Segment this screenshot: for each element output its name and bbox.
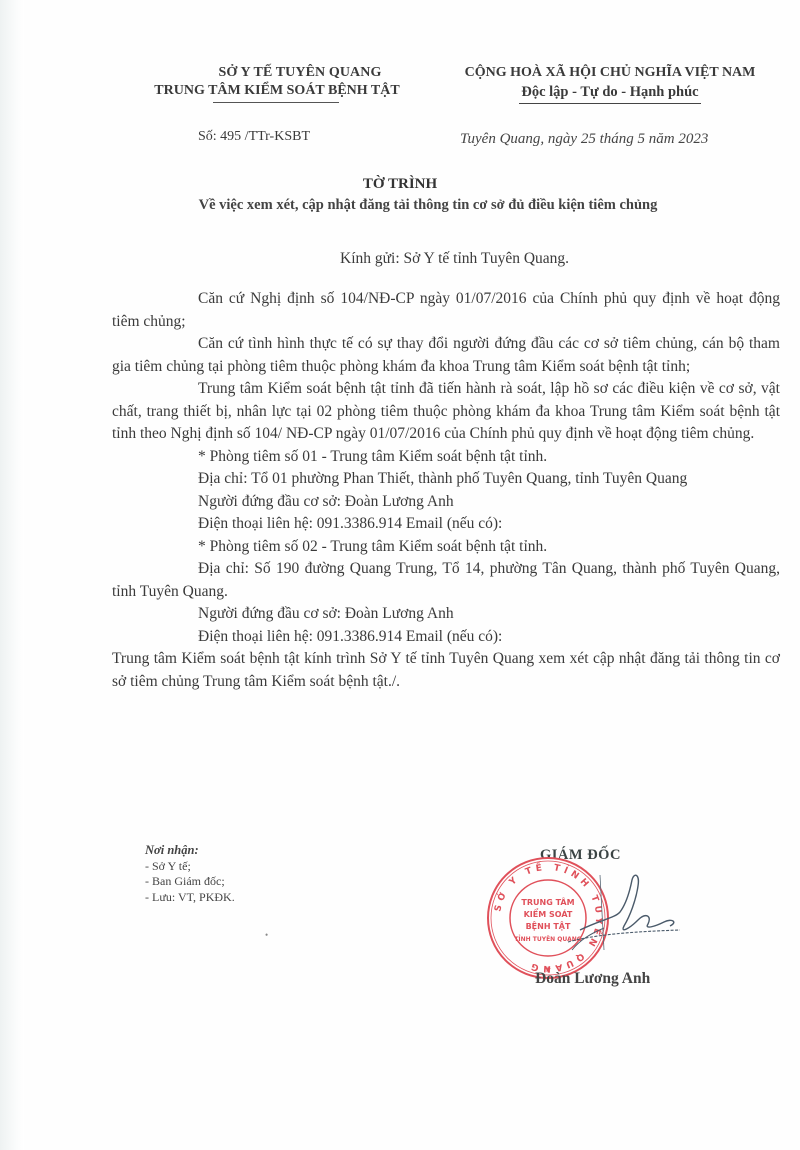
document-page: SỞ Y TẾ TUYÊN QUANG TRUNG TÂM KIỂM SOÁT … xyxy=(0,0,800,1150)
facility-1-contact: Điện thoại liên hệ: 091.3386.914 Email (… xyxy=(112,513,780,536)
facility-1-address: Địa chỉ: Tổ 01 phường Phan Thiết, thành … xyxy=(112,468,780,491)
agency-parent: SỞ Y TẾ TUYÊN QUANG xyxy=(150,64,450,82)
scan-shadow xyxy=(0,0,24,1150)
recipient-item: - Lưu: VT, PKĐK. xyxy=(145,890,235,906)
recipients-block: Nơi nhận: - Sở Y tế; - Ban Giám đốc; - L… xyxy=(145,843,235,905)
recipient-line: Kính gửi: Sở Y tế tỉnh Tuyên Quang. xyxy=(340,250,569,268)
recipients-heading: Nơi nhận: xyxy=(145,843,235,859)
paragraph-closing: Trung tâm Kiểm soát bệnh tật kính trình … xyxy=(112,648,780,693)
agency-header: SỞ Y TẾ TUYÊN QUANG TRUNG TÂM KIỂM SOÁT … xyxy=(150,64,450,103)
paragraph-review: Trung tâm Kiểm soát bệnh tật tỉnh đã tiế… xyxy=(112,378,780,446)
recipient-item: - Sở Y tế; xyxy=(145,859,235,875)
facility-2-head: Người đứng đầu cơ sở: Đoàn Lương Anh xyxy=(112,603,780,626)
national-header: CỘNG HOÀ XÃ HỘI CHỦ NGHĨA VIỆT NAM Độc l… xyxy=(425,64,795,104)
signature-icon xyxy=(560,860,690,970)
document-title: TỜ TRÌNH xyxy=(0,176,800,193)
scan-speck: • xyxy=(265,930,268,940)
document-number: Số: 495 /TTr-KSBT xyxy=(198,129,310,145)
place-date: Tuyên Quang, ngày 25 tháng 5 năm 2023 xyxy=(460,131,708,148)
facility-2-name: * Phòng tiêm số 02 - Trung tâm Kiểm soát… xyxy=(112,536,780,559)
national-motto: Độc lập - Tự do - Hạnh phúc xyxy=(519,82,700,104)
facility-2-contact: Điện thoại liên hệ: 091.3386.914 Email (… xyxy=(112,626,780,649)
signer-name: Đoàn Lương Anh xyxy=(535,970,650,988)
paragraph-situation: Căn cứ tình hình thực tế có sự thay đổi … xyxy=(112,333,780,378)
facility-1-name: * Phòng tiêm số 01 - Trung tâm Kiểm soát… xyxy=(112,446,780,469)
recipient-item: - Ban Giám đốc; xyxy=(145,874,235,890)
paragraph-legal-basis: Căn cứ Nghị định số 104/NĐ-CP ngày 01/07… xyxy=(112,288,780,333)
facility-1-head: Người đứng đầu cơ sở: Đoàn Lương Anh xyxy=(112,491,780,514)
agency-underline xyxy=(213,102,339,103)
document-subtitle: Về việc xem xét, cập nhật đăng tải thông… xyxy=(0,197,800,214)
document-body: Căn cứ Nghị định số 104/NĐ-CP ngày 01/07… xyxy=(112,288,780,693)
facility-2-address: Địa chỉ: Số 190 đường Quang Trung, Tổ 14… xyxy=(112,558,780,603)
agency-name: TRUNG TÂM KIỂM SOÁT BỆNH TẬT xyxy=(102,82,452,100)
national-title: CỘNG HOÀ XÃ HỘI CHỦ NGHĨA VIỆT NAM xyxy=(425,64,795,82)
